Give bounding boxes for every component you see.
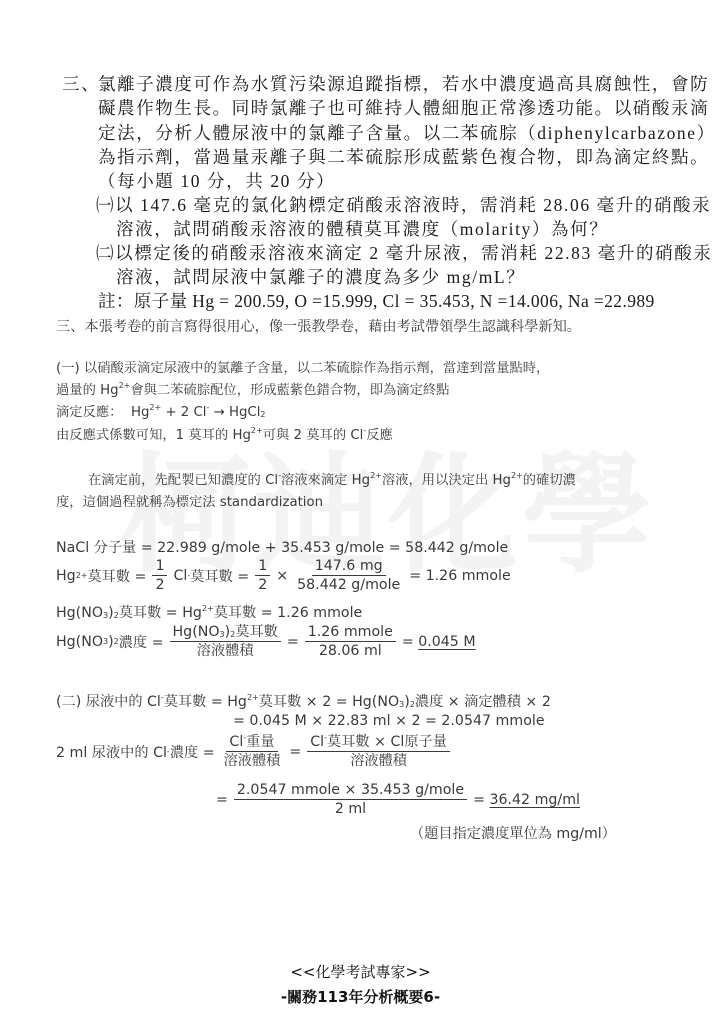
text: 在滴定前，先配製已知濃度的 Cl <box>88 473 278 488</box>
equals-sign: = <box>473 792 485 808</box>
text: 溶液來滴定 Hg <box>281 473 370 488</box>
cl-concentration-values: = 2.0547 mmole × 35.453 g/mole2 ml = 36.… <box>216 782 580 818</box>
concentration-result: 0.045 M <box>418 634 475 650</box>
denominator: 2 ml <box>332 800 369 817</box>
titration-reaction: 滴定反應： Hg2+ + 2 Cl- → HgCl2 <box>56 401 265 420</box>
standardization-a: 在滴定前，先配製已知濃度的 Cl-溶液來滴定 Hg2+溶液，用以決定出 Hg2+… <box>88 469 576 488</box>
text: 莫耳數 = Hg <box>164 694 247 710</box>
numerator: 1 <box>255 558 270 576</box>
unit-note: （題目指定濃度單位為 mg/ml） <box>410 823 616 843</box>
text: HgCl <box>229 405 260 420</box>
sub-question-2-cont: 溶液，試問尿液中氯離子的濃度為多少 mg/mL？ <box>116 264 525 289</box>
text: Cl <box>173 568 187 584</box>
sub-question-text: 以 147.6 毫克的氯化鈉標定硝酸汞溶液時，需消耗 28.06 毫升的硝酸汞 <box>115 195 711 215</box>
text: 莫耳數 = <box>190 566 249 586</box>
sub-question-2: ㈡以標定後的硝酸汞溶液來滴定 2 毫升尿液，需消耗 22.83 毫升的硝酸汞 <box>96 240 712 265</box>
superscript: 2+ <box>202 604 214 613</box>
numerator: 2.0547 mmole × 35.453 g/mole <box>234 782 467 800</box>
answer1-intro-b: 過量的 Hg2+會與二苯硫腙配位，形成藍紫色錯合物，即為滴定終點 <box>56 379 449 398</box>
question-points: （每小題 10 分，共 20 分） <box>98 168 335 193</box>
text: 濃度 × 滴定體積 × 2 <box>415 694 551 710</box>
superscript: 2+ <box>370 471 382 480</box>
denominator: 溶液體積 <box>194 642 257 659</box>
denominator: 28.06 ml <box>316 642 385 659</box>
hg-moles-equation: Hg2+莫耳數 = 12 Cl-莫耳數 = 12 × 147.6 mg58.44… <box>56 558 511 594</box>
hgno3-moles: Hg(NO3)2莫耳數 = Hg2+莫耳數 = 1.26 mmole <box>56 602 362 622</box>
footer-brand: <<化學考試專家>> <box>0 961 721 982</box>
text: Cl <box>229 734 243 750</box>
numerator: Cl-莫耳數 × Cl原子量 <box>307 734 450 752</box>
text: 莫耳數 = Hg <box>119 605 202 621</box>
text: 由反應式係數可知，1 莫耳的 Hg <box>56 428 251 443</box>
sub-question-1-cont: 溶液，試問硝酸汞溶液的體積莫耳濃度（molarity）為何？ <box>116 216 608 241</box>
arrow-icon: → <box>209 405 229 420</box>
text: Hg <box>131 405 149 420</box>
text: 反應 <box>366 428 393 443</box>
text: 濃度 = <box>119 632 164 652</box>
denominator: 2 <box>152 576 167 593</box>
question-number: 三、 <box>62 71 100 96</box>
fraction-half: 12 <box>255 558 270 594</box>
text: Hg(NO <box>173 624 220 640</box>
atomic-weights-note: 註：原子量 Hg = 200.59, O =15.999, Cl = 35.45… <box>98 288 655 313</box>
question-line-2: 礙農作物生長。同時氯離子也可維持人體細胞正常滲透功能。以硝酸汞滴 <box>98 95 709 120</box>
final-result: 36.42 mg/ml <box>489 792 580 808</box>
numerator: Hg(NO3)2莫耳數 <box>170 624 281 642</box>
equals-sign: = <box>216 792 228 808</box>
fraction-values: 1.26 mmole28.06 ml <box>305 624 396 660</box>
question-line-3: 定法，分析人體尿液中的氯離子含量。以二苯硫腙（diphenylcarbazone… <box>98 120 716 145</box>
stoichiometry-note: 由反應式係數可知，1 莫耳的 Hg2+可與 2 莫耳的 Cl-反應 <box>56 424 393 443</box>
hgno3-concentration: Hg(NO3)2濃度 = Hg(NO3)2莫耳數 溶液體積 = 1.26 mmo… <box>56 624 476 660</box>
cl-concentration-formula: 2 ml 尿液中的 Cl-濃度 = Cl-重量 溶液體積 = Cl-莫耳數 × … <box>56 734 456 770</box>
reaction-label: 滴定反應： <box>56 405 122 420</box>
result: = 1.26 mmole <box>409 568 511 584</box>
denominator: 溶液體積 <box>221 752 284 769</box>
text: 濃度 = <box>170 742 215 762</box>
text: 過量的 Hg <box>56 383 119 398</box>
text: 溶液，用以決定出 Hg <box>382 473 511 488</box>
text: 莫耳數 = 1.26 mmole <box>214 605 363 621</box>
fraction-moles-times-atomic-mass: Cl-莫耳數 × Cl原子量 溶液體積 <box>307 734 450 770</box>
fraction-mass-over-volume: Cl-重量 溶液體積 <box>221 734 284 770</box>
sub-question-marker: ㈡ <box>96 243 115 263</box>
text: (二) 尿液中的 Cl <box>56 694 161 710</box>
superscript: 2+ <box>251 426 263 435</box>
answer1-intro-a: (一) 以硝酸汞滴定尿液中的氯離子含量，以二苯硫腙作為指示劑，當達到當量點時， <box>56 357 549 376</box>
text: Hg(NO <box>56 634 103 650</box>
question-line-1: 氯離子濃度可作為水質污染源追蹤指標，若水中濃度過高具腐蝕性，會防 <box>98 71 709 96</box>
nacl-molar-mass: NaCl 分子量 = 22.989 g/mole + 35.453 g/mole… <box>56 537 508 557</box>
equals-sign: = <box>287 634 299 650</box>
numerator: 1 <box>152 558 167 576</box>
text: 會與二苯硫腙配位，形成藍紫色錯合物，即為滴定終點 <box>130 383 449 398</box>
equals-sign: = <box>289 744 301 760</box>
text: 的確切濃 <box>523 473 576 488</box>
cl-moles-result: = 0.045 M × 22.83 ml × 2 = 2.0547 mmole <box>233 713 545 729</box>
footer-page-label: -關務113年分析概要6- <box>0 986 721 1007</box>
commentary: 三、本張考卷的前言寫得很用心，像一張教學卷，藉由考試帶領學生認識科學新知。 <box>56 316 581 336</box>
subscript: 2 <box>260 410 265 419</box>
equals-sign: = <box>402 634 414 650</box>
text: Hg <box>56 568 76 584</box>
text: ) <box>108 634 114 650</box>
superscript: 2+ <box>247 693 259 702</box>
standardization-b: 度，這個過程就稱為標定法 standardization <box>56 491 323 510</box>
sub-question-marker: ㈠ <box>96 195 115 215</box>
denominator: 58.442 g/mole <box>294 576 403 593</box>
multiply-sign: × <box>276 568 288 584</box>
fraction-half: 12 <box>152 558 167 594</box>
sub-question-text: 以標定後的硝酸汞溶液來滴定 2 毫升尿液，需消耗 22.83 毫升的硝酸汞 <box>115 243 712 263</box>
denominator: 2 <box>255 576 270 593</box>
text: 可與 2 莫耳的 Cl <box>263 428 364 443</box>
cl-moles-line: (二) 尿液中的 Cl-莫耳數 = Hg2+莫耳數 × 2 = Hg(NO3)2… <box>56 691 551 711</box>
text: 莫耳數 × Cl原子量 <box>327 734 447 750</box>
superscript: 2+ <box>119 381 131 390</box>
fraction-mass-over-molar-mass: 147.6 mg58.442 g/mole <box>294 558 403 594</box>
text: + 2 Cl <box>161 405 206 420</box>
text: 莫耳數 <box>235 624 278 640</box>
text: 重量 <box>246 734 274 750</box>
numerator: 1.26 mmole <box>305 624 396 642</box>
text: 莫耳數 = <box>87 566 146 586</box>
numerator: 147.6 mg <box>312 558 386 576</box>
denominator: 溶液體積 <box>347 752 410 769</box>
text: 2 ml 尿液中的 Cl <box>56 742 167 762</box>
fraction-values: 2.0547 mmole × 35.453 g/mole2 ml <box>234 782 467 818</box>
text: 莫耳數 × 2 = Hg(NO <box>259 694 399 710</box>
text: Hg(NO <box>56 605 103 621</box>
numerator: Cl-重量 <box>226 734 277 752</box>
question-line-4: 為指示劑，當過量汞離子與二苯硫腙形成藍紫色複合物，即為滴定終點。 <box>98 144 709 169</box>
superscript: 2+ <box>511 471 523 480</box>
text: Cl <box>310 734 324 750</box>
superscript: 2+ <box>149 403 161 412</box>
sub-question-1: ㈠以 147.6 毫克的氯化鈉標定硝酸汞溶液時，需消耗 28.06 毫升的硝酸汞 <box>96 192 711 217</box>
fraction-moles-over-volume: Hg(NO3)2莫耳數 溶液體積 <box>170 624 281 660</box>
